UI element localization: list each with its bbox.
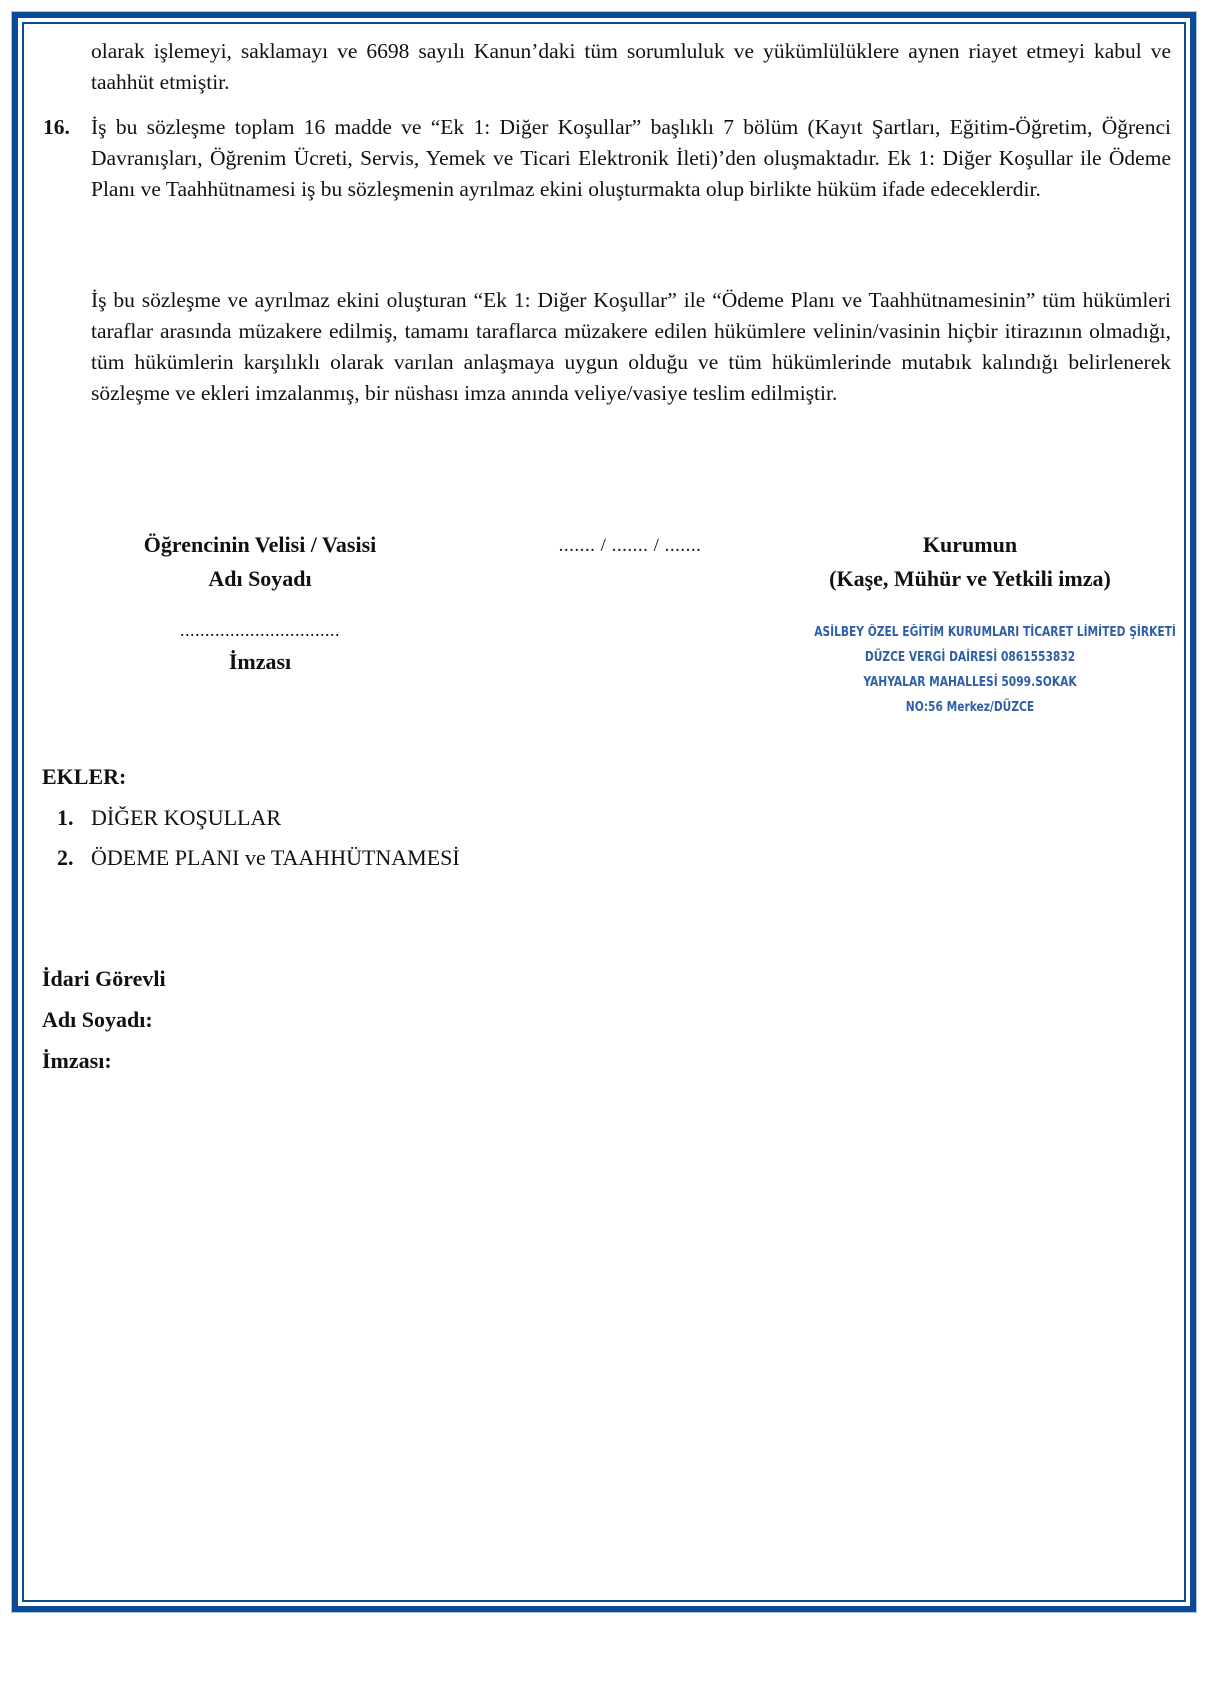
admin-staff-sign-label: İmzası:	[42, 1044, 112, 1078]
attachment-number: 2.	[57, 838, 91, 878]
institution-stamp: ASİLBEY ÖZEL EĞİTİM KURUMLARI TİCARET Lİ…	[814, 620, 1126, 720]
parent-sign-label: İmzası	[100, 645, 420, 679]
closing-paragraph: İş bu sözleşme ve ayrılmaz ekini oluştur…	[91, 285, 1171, 409]
parent-signature-line: ................................	[100, 613, 420, 647]
stamp-line-city: NO:56 Merkez/DÜZCE	[814, 695, 1126, 720]
attachment-number: 1.	[57, 798, 91, 838]
item-16-text: İş bu sözleşme toplam 16 madde ve “Ek 1:…	[91, 112, 1171, 205]
stamp-line-address: YAHYALAR MAHALLESİ 5099.SOKAK	[814, 670, 1126, 695]
attachment-item: 1.DİĞER KOŞULLAR	[57, 798, 460, 838]
attachment-label: ÖDEME PLANI ve TAAHHÜTNAMESİ	[91, 845, 460, 870]
attachment-label: DİĞER KOŞULLAR	[91, 805, 281, 830]
continuation-paragraph: olarak işlemeyi, saklamayı ve 6698 sayıl…	[91, 36, 1171, 98]
parent-name-label: Adı Soyadı	[100, 562, 420, 596]
date-placeholder: ....... / ....... / .......	[520, 530, 740, 562]
attachment-item: 2.ÖDEME PLANI ve TAAHHÜTNAMESİ	[57, 838, 460, 878]
stamp-line-company: ASİLBEY ÖZEL EĞİTİM KURUMLARI TİCARET Lİ…	[814, 620, 1126, 645]
admin-staff-title: İdari Görevli	[42, 962, 166, 996]
document-page: olarak işlemeyi, saklamayı ve 6698 sayıl…	[0, 0, 1208, 1708]
institution-signature-subtitle: (Kaşe, Mühür ve Yetkili imza)	[770, 562, 1170, 596]
institution-signature-title: Kurumun	[770, 528, 1170, 562]
item-16-number: 16.	[43, 112, 70, 143]
attachments-list: 1.DİĞER KOŞULLAR 2.ÖDEME PLANI ve TAAHHÜ…	[57, 798, 460, 878]
admin-staff-name-label: Adı Soyadı:	[42, 1003, 153, 1037]
parent-signature-title: Öğrencinin Velisi / Vasisi	[100, 528, 420, 562]
stamp-line-tax-office: DÜZCE VERGİ DAİRESİ 0861553832	[814, 645, 1126, 670]
attachments-title: EKLER:	[42, 760, 126, 794]
